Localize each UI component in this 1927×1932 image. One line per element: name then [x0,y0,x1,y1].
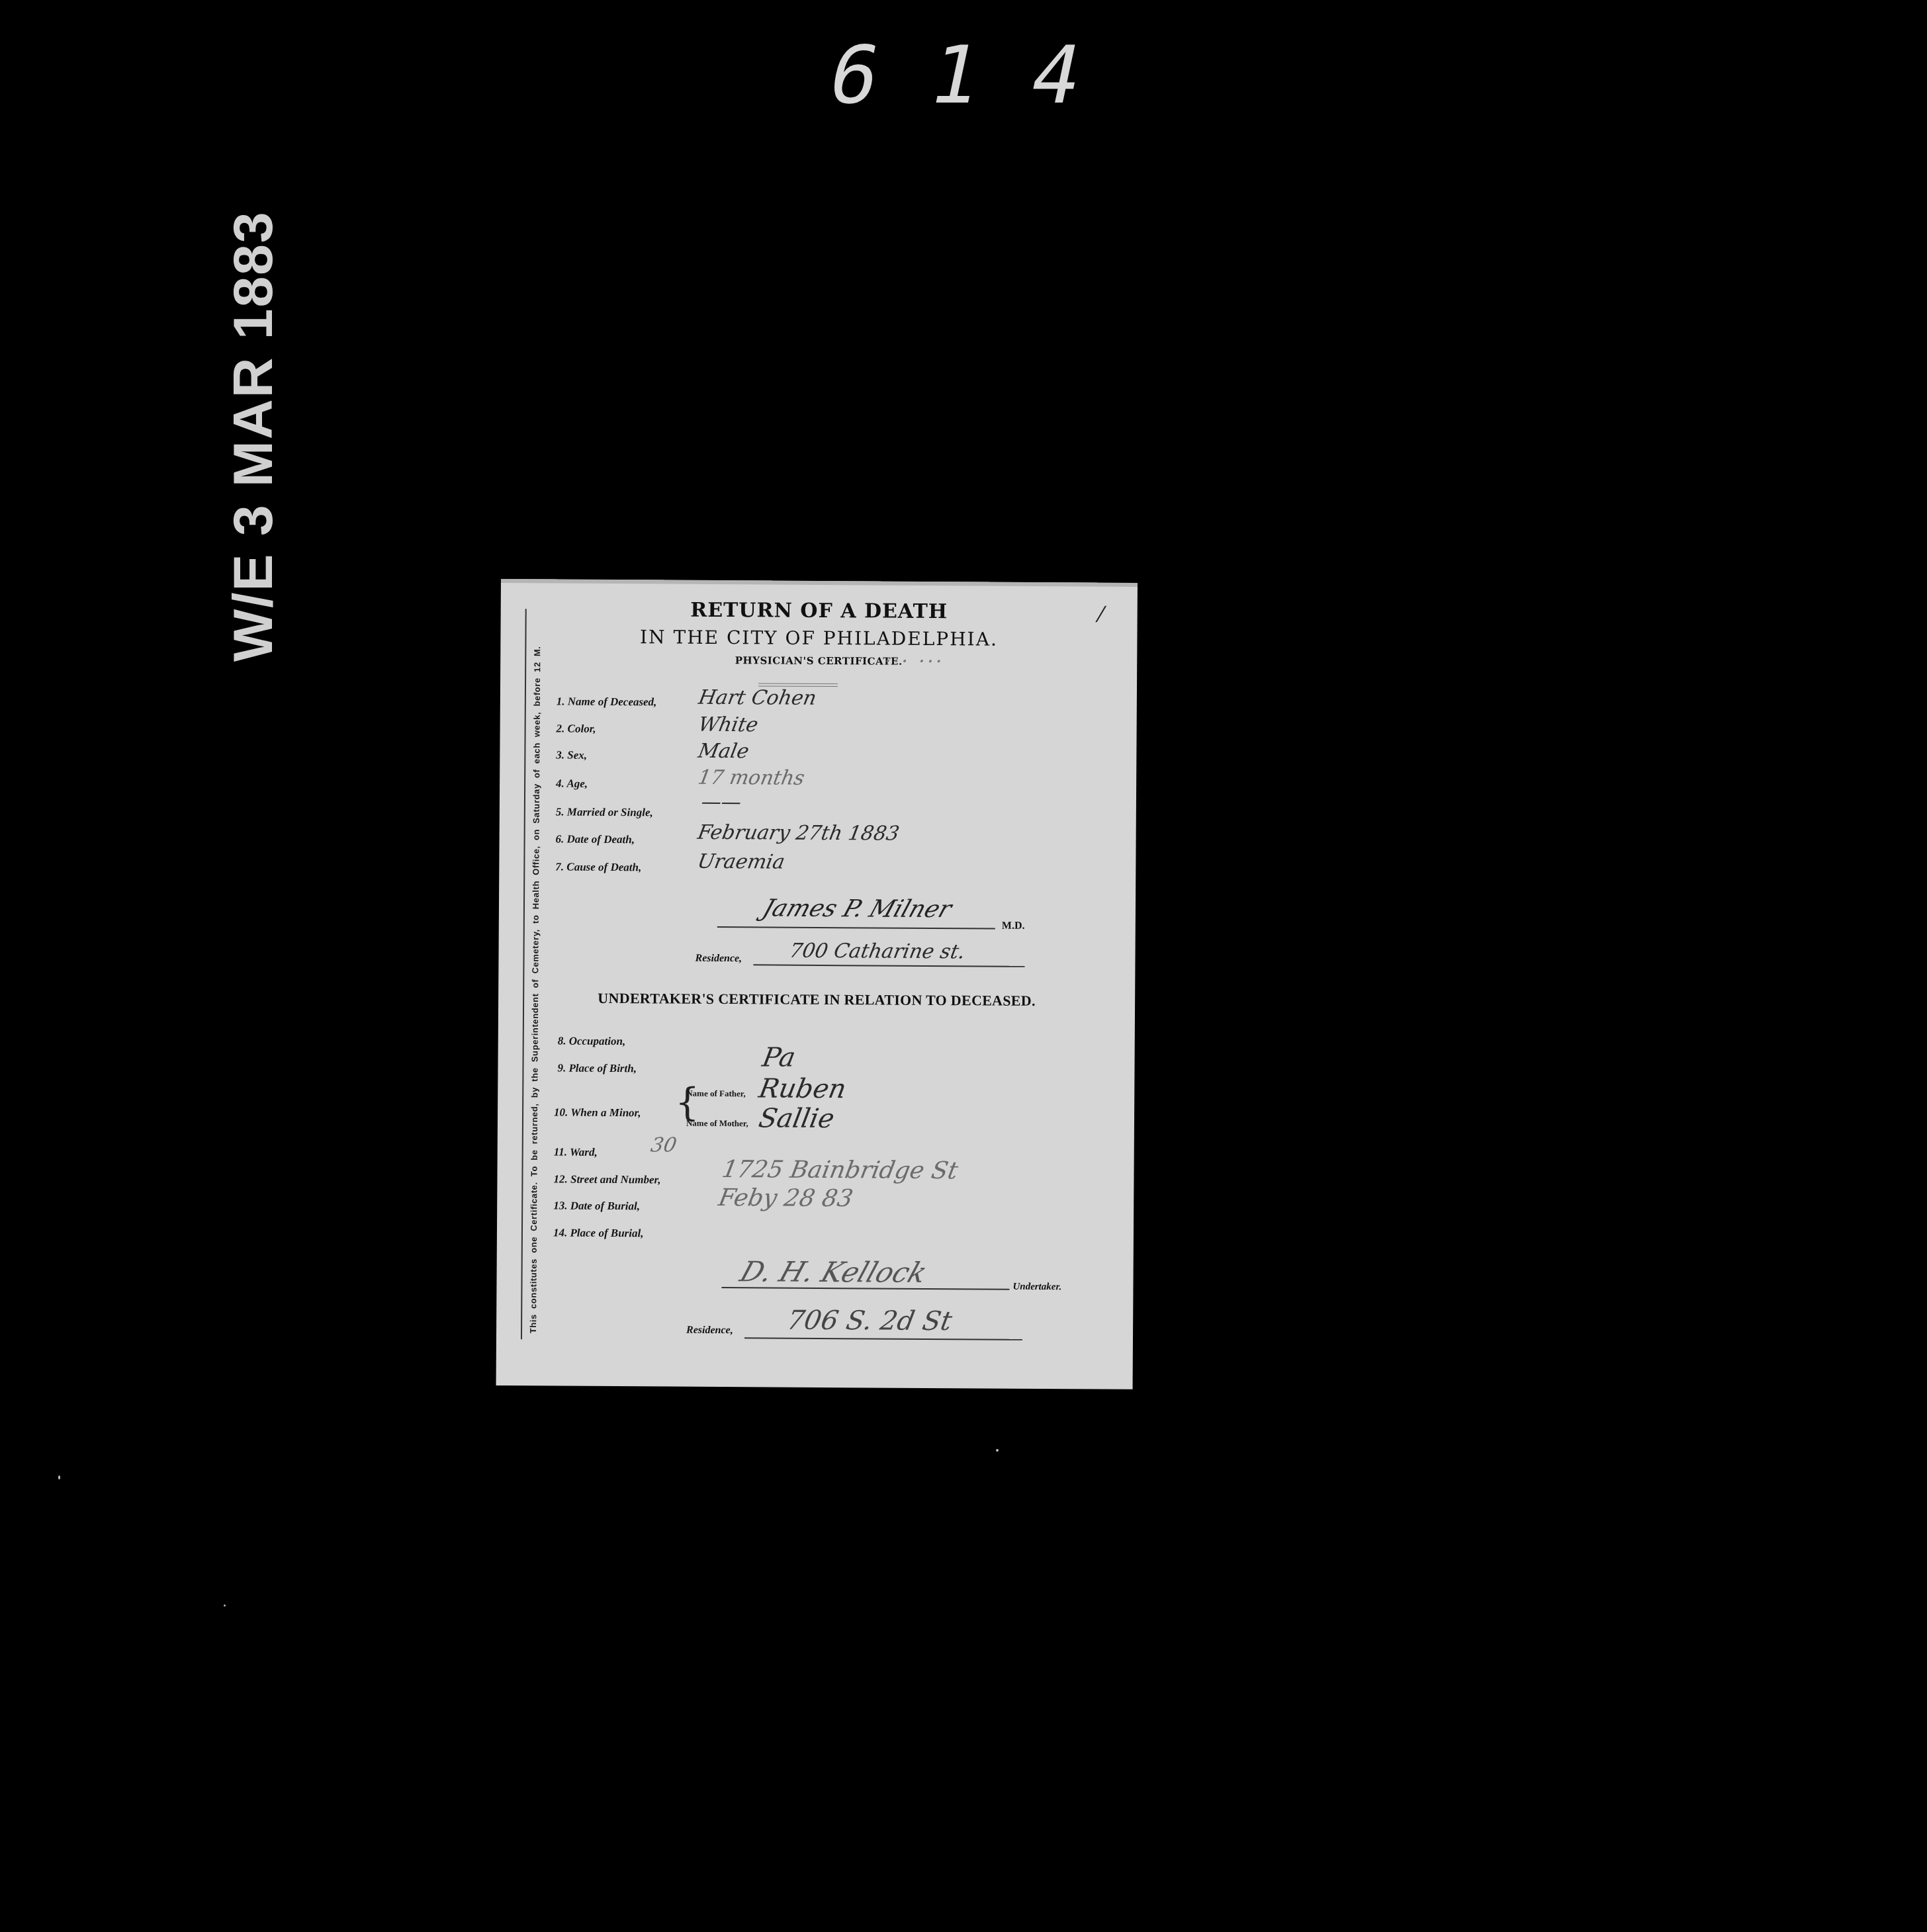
field-value-marital: —— [699,791,743,814]
undertaker-signature-line [721,1287,1009,1290]
field-label-name: 1. Name of Deceased, [557,695,657,709]
field-label-age: 4. Age, [556,777,588,791]
document-title: RETURN OF A DEATH [501,597,1138,625]
field-value-burial-date: Feby 28 83 [717,1184,856,1212]
field-value-sex: Male [696,740,750,763]
field-label-birthplace: 9. Place of Birth, [557,1062,637,1076]
field-label-street: 12. Street and Number, [553,1173,660,1187]
mother-value: Sallie [756,1103,837,1134]
field-value-name: Hart Cohen [697,686,819,710]
field-label-burial-date: 13. Date of Burial, [553,1200,640,1213]
film-speck [224,1604,226,1606]
undertaker-signature: D. H. Kellock [737,1255,932,1289]
physician-md-suffix: M.D. [1002,920,1025,932]
mother-label: Name of Mother, [686,1118,748,1129]
father-label: Name of Father, [686,1088,746,1100]
physician-residence-line [753,964,1024,967]
field-label-cause: 7. Cause of Death, [555,861,641,875]
field-value-street: 1725 Bainbridge St [720,1156,960,1184]
undertaker-residence-value: 706 S. 2d St [785,1305,954,1337]
field-label-minor: 10. When a Minor, [554,1106,641,1120]
document-subtitle: IN THE CITY OF PHILADELPHIA. [500,625,1137,651]
film-speck [58,1475,60,1479]
field-value-cause: Uraemia [695,850,787,874]
physician-residence-value: 700 Catharine st. [787,940,967,964]
physician-signature: James P. Milner [759,895,955,923]
father-value: Ruben [756,1073,848,1104]
undertaker-section-heading: UNDERTAKER'S CERTIFICATE IN RELATION TO … [498,989,1135,1010]
margin-rule [521,609,527,1339]
frame-number: 614 [821,30,1142,122]
field-label-sex: 3. Sex, [556,749,587,762]
undertaker-residence-line [744,1337,1022,1340]
bleed-through-marks: ꞏꞏꞏ ꞏꞏꞏ [884,651,944,672]
film-speck [996,1449,999,1452]
field-label-marital: 5. Married or Single, [556,806,653,820]
field-label-burial-place: 14. Place of Burial, [553,1227,644,1241]
physician-residence-label: Residence, [695,953,742,965]
week-ending-stamp: W/E 3 MAR 1883 [225,210,281,662]
undertaker-suffix: Undertaker. [1012,1282,1061,1293]
field-label-ward: 11. Ward, [554,1146,598,1159]
field-value-date-of-death: February 27th 1883 [695,821,901,846]
side-instruction: This constitutes one Certificate. To be … [528,599,543,1333]
field-value-age: 17 months [696,766,807,790]
field-value-birthplace: Pa [760,1042,797,1073]
physician-signature-line [717,926,995,930]
field-value-color: White [696,713,760,737]
field-label-date-of-death: 6. Date of Death, [556,833,635,847]
field-label-color: 2. Color, [557,723,596,736]
field-value-ward: 30 [649,1133,679,1157]
undertaker-residence-label: Residence, [686,1325,733,1337]
death-certificate: This constitutes one Certificate. To be … [496,579,1138,1389]
field-label-occupation: 8. Occupation, [558,1035,626,1049]
physician-section-heading: PHYSICIAN'S CERTIFICATE. [500,653,1137,669]
